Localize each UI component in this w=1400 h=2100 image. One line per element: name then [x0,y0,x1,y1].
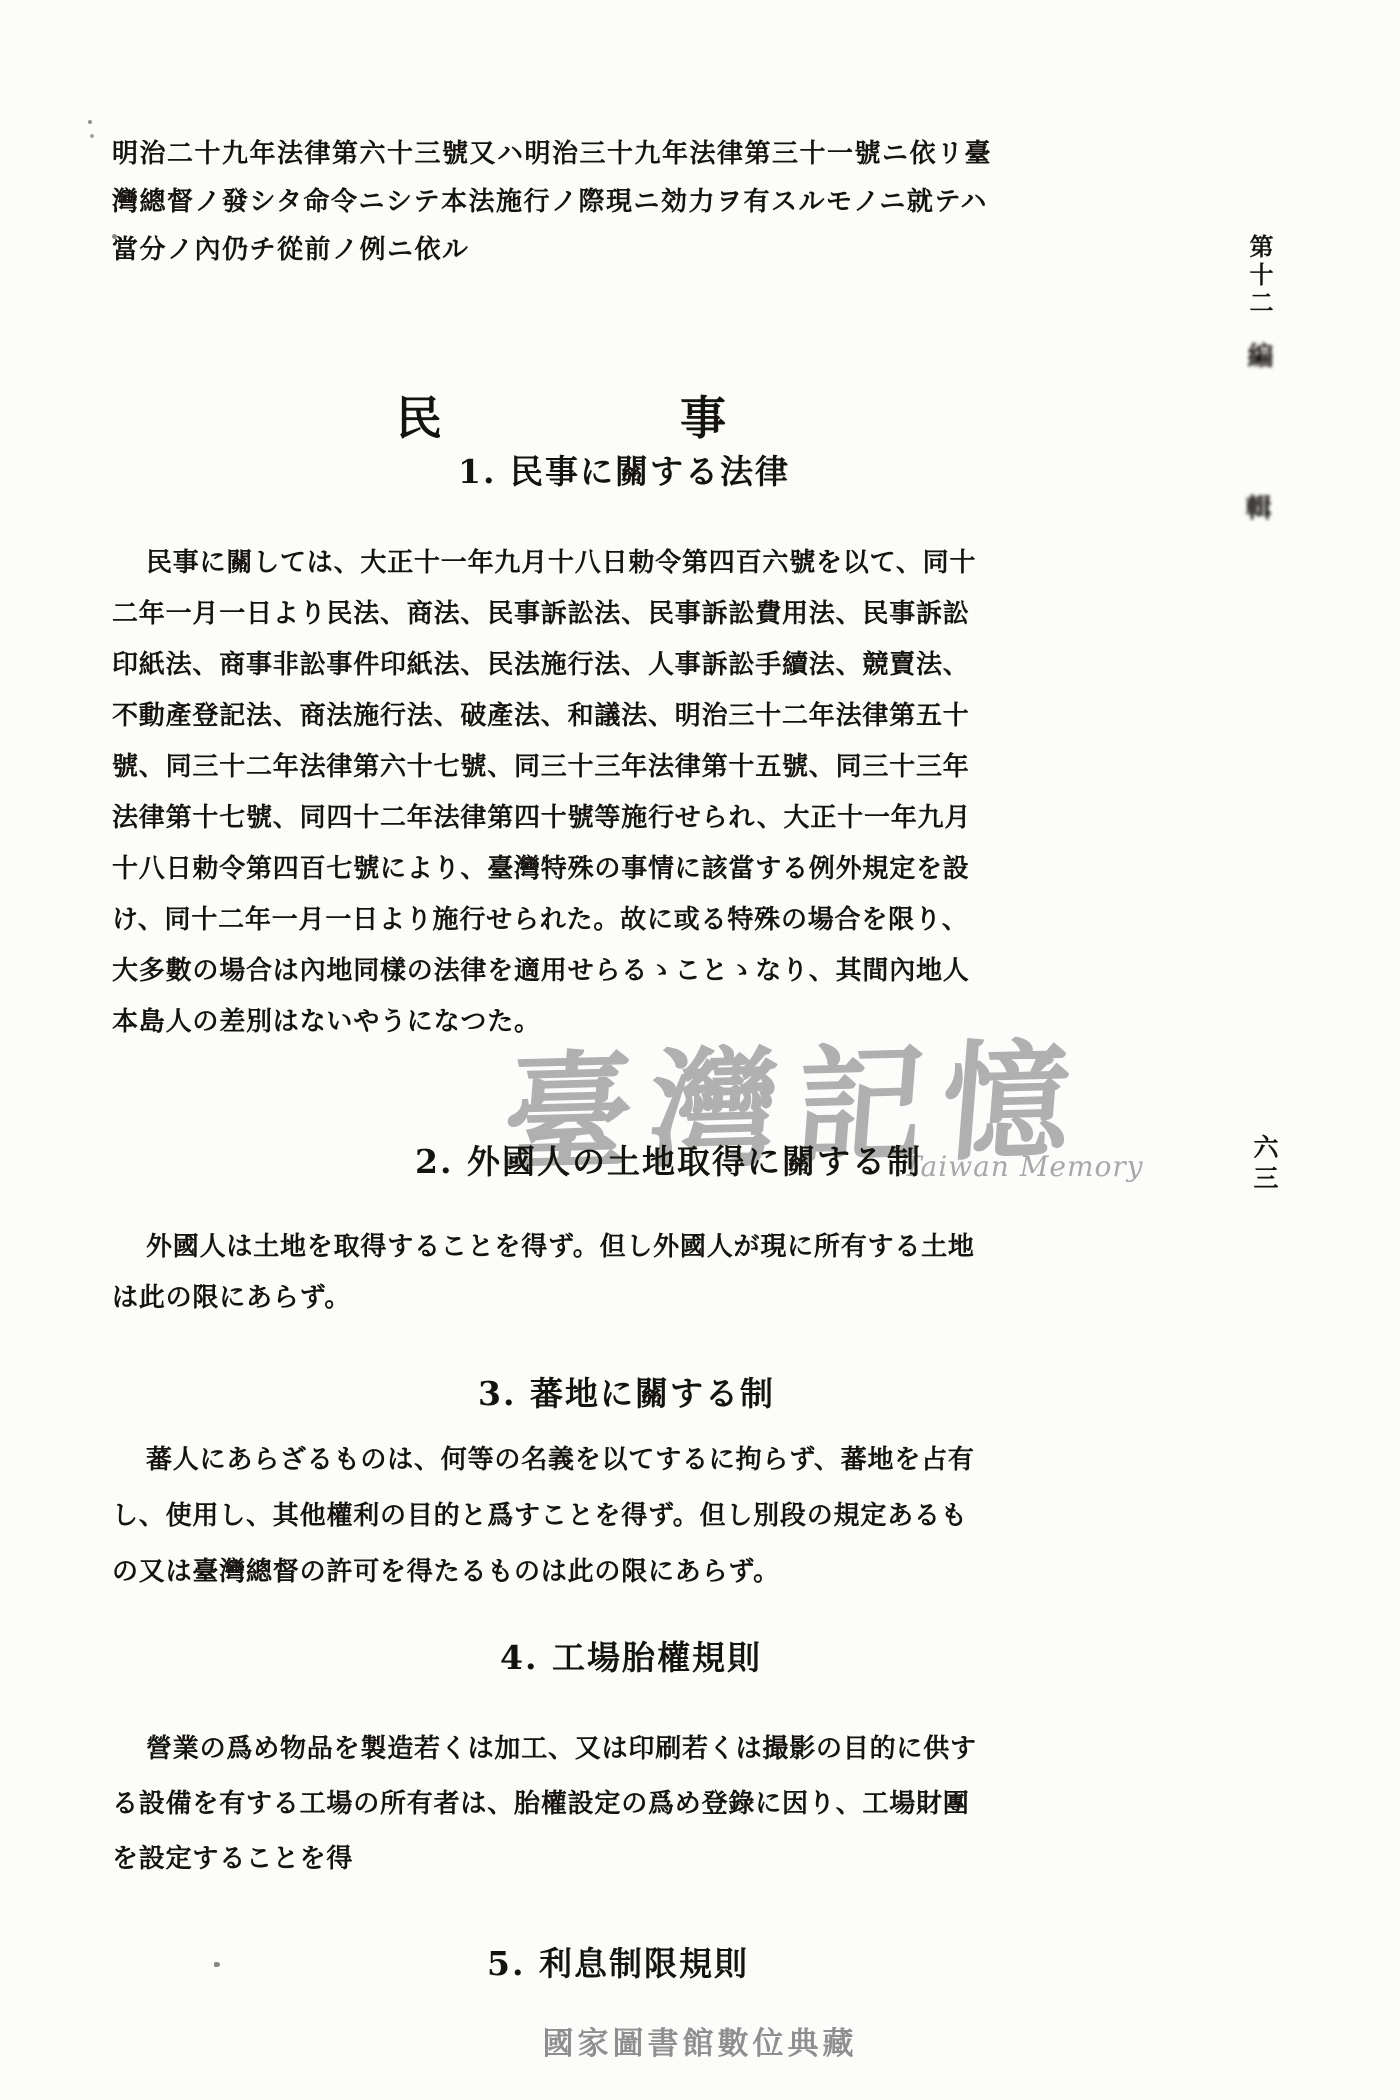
section-paragraph-1: 民事に關しては、大正十一年九月十八日勅令第四百六號を以て、同十 二年一月一日より… [112,538,942,1048]
margin-smudged-char: 輯 [1238,494,1275,524]
margin-volume-label: 第十二 [1242,234,1277,318]
text-line: 本島人の差別はないやうになつた。 [112,997,942,1048]
chapter-title-char: 民 [396,382,442,448]
text-line: 灣總督ノ發シタ命令ニシテ本法施行ノ際現ニ効力ヲ有スルモノニ就テハ [112,178,942,226]
text-line: 營業の爲め物品を製造若くは加工、又は印刷若くは撮影の目的に供す [112,1722,942,1777]
section-heading-1: 1. 民事に關する法律 [458,446,790,493]
text-line: 號、同三十二年法律第六十七號、同三十三年法律第十五號、同三十三年 [112,742,942,793]
text-line: 二年一月一日より民法、商法、民事訴訟法、民事訴訟費用法、民事訴訟 [112,589,942,640]
section-paragraph-4: 營業の爲め物品を製造若くは加工、又は印刷若くは撮影の目的に供す る設備を有する工… [112,1722,942,1887]
section-paragraph-3: 蕃人にあらざるものは、何等の名義を以てするに拘らず、蕃地を占有 し、使用し、其他… [112,1432,942,1600]
section-paragraph-2: 外國人は土地を取得することを得ず。但し外國人が現に所有する土地 は此の限にあらず… [112,1222,942,1324]
text-line: 當分ノ內仍チ從前ノ例ニ依ル [112,226,942,274]
text-line: 民事に關しては、大正十一年九月十八日勅令第四百六號を以て、同十 [112,538,942,589]
text-line: 法律第十七號、同四十二年法律第四十號等施行せられ、大正十一年九月 [112,793,942,844]
scanned-document-page: 臺灣記憶 Taiwan Memory 明治二十九年法律第六十三號又ハ明治三十九年… [0,0,1400,2100]
watermark-latin: Taiwan Memory [903,1150,1144,1183]
section-heading-5: 5. 利息制限規則 [487,1938,749,1985]
text-line: 大多數の場合は內地同樣の法律を適用せらるゝことゝなり、其間內地人 [112,946,942,997]
chapter-title-char: 事 [680,382,726,448]
section-heading-3: 3. 蕃地に關する制 [478,1368,775,1415]
intro-paragraph: 明治二十九年法律第六十三號又ハ明治三十九年法律第三十一號ニ依リ臺 灣總督ノ發シタ… [112,130,942,274]
section-heading-2: 2. 外國人の土地取得に關する制 [415,1136,922,1183]
text-line: し、使用し、其他權利の目的と爲すことを得ず。但し別段の規定あるも [112,1488,942,1544]
text-line: 十八日勅令第四百七號により、臺灣特殊の事情に該當する例外規定を設 [112,844,942,895]
text-line: を設定することを得 [112,1832,942,1887]
ink-speck [112,234,117,239]
library-footer: 國家圖書館數位典藏 [0,2018,1400,2063]
text-line: る設備を有する工場の所有者は、胎權設定の爲め登錄に因り、工場財團 [112,1777,942,1832]
text-line: 明治二十九年法律第六十三號又ハ明治三十九年法律第三十一號ニ依リ臺 [112,130,942,178]
section-heading-4: 4. 工場胎權規則 [500,1632,762,1679]
ink-speck [214,1962,220,1967]
margin-smudged-char: 編 [1240,342,1277,372]
text-line: の又は臺灣總督の許可を得たるものは此の限にあらず。 [112,1544,942,1600]
text-line: 印紙法、商事非訟事件印紙法、民法施行法、人事訴訟手續法、競賣法、 [112,640,942,691]
text-line: 蕃人にあらざるものは、何等の名義を以てするに拘らず、蕃地を占有 [112,1432,942,1488]
ink-speck [90,134,94,138]
margin-page-number: 六三 [1246,1134,1282,1196]
text-line: 不動產登記法、商法施行法、破產法、和議法、明治三十二年法律第五十 [112,691,942,742]
text-line: は此の限にあらず。 [112,1273,942,1324]
text-line: け、同十二年一月一日より施行せられた。故に或る特殊の場合を限り、 [112,895,942,946]
text-line: 外國人は土地を取得することを得ず。但し外國人が現に所有する土地 [112,1222,942,1273]
chapter-title: 民 事 [396,382,726,448]
ink-speck [88,120,92,124]
